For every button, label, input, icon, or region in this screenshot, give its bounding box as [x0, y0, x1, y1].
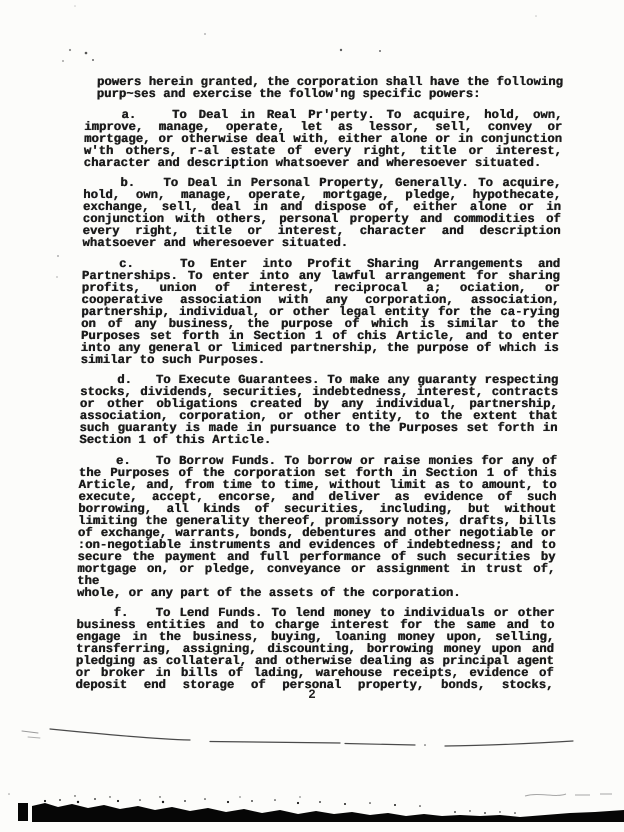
document-text: powers herein granted, the corporation s…: [75, 76, 563, 691]
text-line: partnership, individual, or other legal …: [81, 306, 559, 318]
paragraph-b: b. To Deal in Personal Property, General…: [82, 177, 561, 249]
scanned-document-page: powers herein granted, the corporation s…: [0, 0, 624, 832]
text-line: c. To Enter into Profit Sharing Arrangem…: [82, 258, 560, 270]
scanner-edge-bar: [8, 793, 624, 822]
paragraph-d: d. To Execute Guarantees. To make any gu…: [79, 374, 558, 446]
text-line: Purposes set forth in Section 1 of chis …: [81, 330, 559, 342]
paragraph-a: a. To Deal in Real Pr'perty. To acquire,…: [84, 109, 563, 169]
text-line: e. To Borrow Funds. To borrow or raise m…: [79, 455, 557, 467]
text-line: of exchange, warrants, bonds, debentures…: [78, 527, 556, 539]
paragraph-f: f. To Lend Funds. To lend money to indiv…: [75, 607, 554, 691]
text-line: profits, union of interest, reciprocal a…: [82, 282, 560, 294]
text-line: character and description whatsoever and…: [84, 157, 562, 169]
text-line: Article, and, from time to time, without…: [78, 479, 556, 491]
text-line: mortgage on, or pledge, conveyance or as…: [77, 563, 555, 587]
text-line: secure the payment and full performance …: [77, 551, 555, 563]
text-line: on of any business, the purpose of which…: [81, 318, 559, 330]
text-line: limiting the generality thereof, promiss…: [78, 515, 556, 527]
text-line: improve, manage, operate, let as lessor,…: [84, 121, 562, 133]
scan-fold-line: [22, 729, 573, 746]
text-line: whatsoever and wheresoever situated.: [82, 237, 560, 249]
text-line: mortgage, or otherwise deal with, either…: [84, 133, 562, 145]
text-line: cooperative association with any corpora…: [81, 294, 559, 306]
paragraph-e: e. To Borrow Funds. To borrow or raise m…: [77, 455, 557, 599]
paragraph-c: c. To Enter into Profit Sharing Arrangem…: [80, 258, 560, 366]
text-line: the Purposes of the corporation set fort…: [79, 467, 557, 479]
text-line: borrowing, all kinds of securities, incl…: [78, 503, 556, 515]
text-line: purp~ses and exercise the follow'ng spec…: [97, 88, 563, 100]
text-line: similar to such Purposes.: [80, 354, 558, 366]
page-number: 2: [296, 688, 328, 702]
intro-paragraph: powers herein granted, the corporation s…: [85, 76, 563, 100]
text-line: execute, accept, encorse, and deliver as…: [78, 491, 556, 503]
scribble-mark: [525, 794, 612, 796]
text-line: Partnerships. To enter into any lawful a…: [82, 270, 560, 282]
text-line: whole, or any part of the assets of the …: [77, 587, 555, 599]
text-line: Section 1 of this Article.: [79, 434, 557, 446]
text-line: into any general or limiced partnership,…: [81, 342, 559, 354]
text-line: a. To Deal in Real Pr'perty. To acquire,…: [84, 109, 562, 121]
text-line: :on-negotiable instruments and evidences…: [78, 539, 556, 551]
text-line: w'th others, r-al estate of every right,…: [84, 145, 562, 157]
